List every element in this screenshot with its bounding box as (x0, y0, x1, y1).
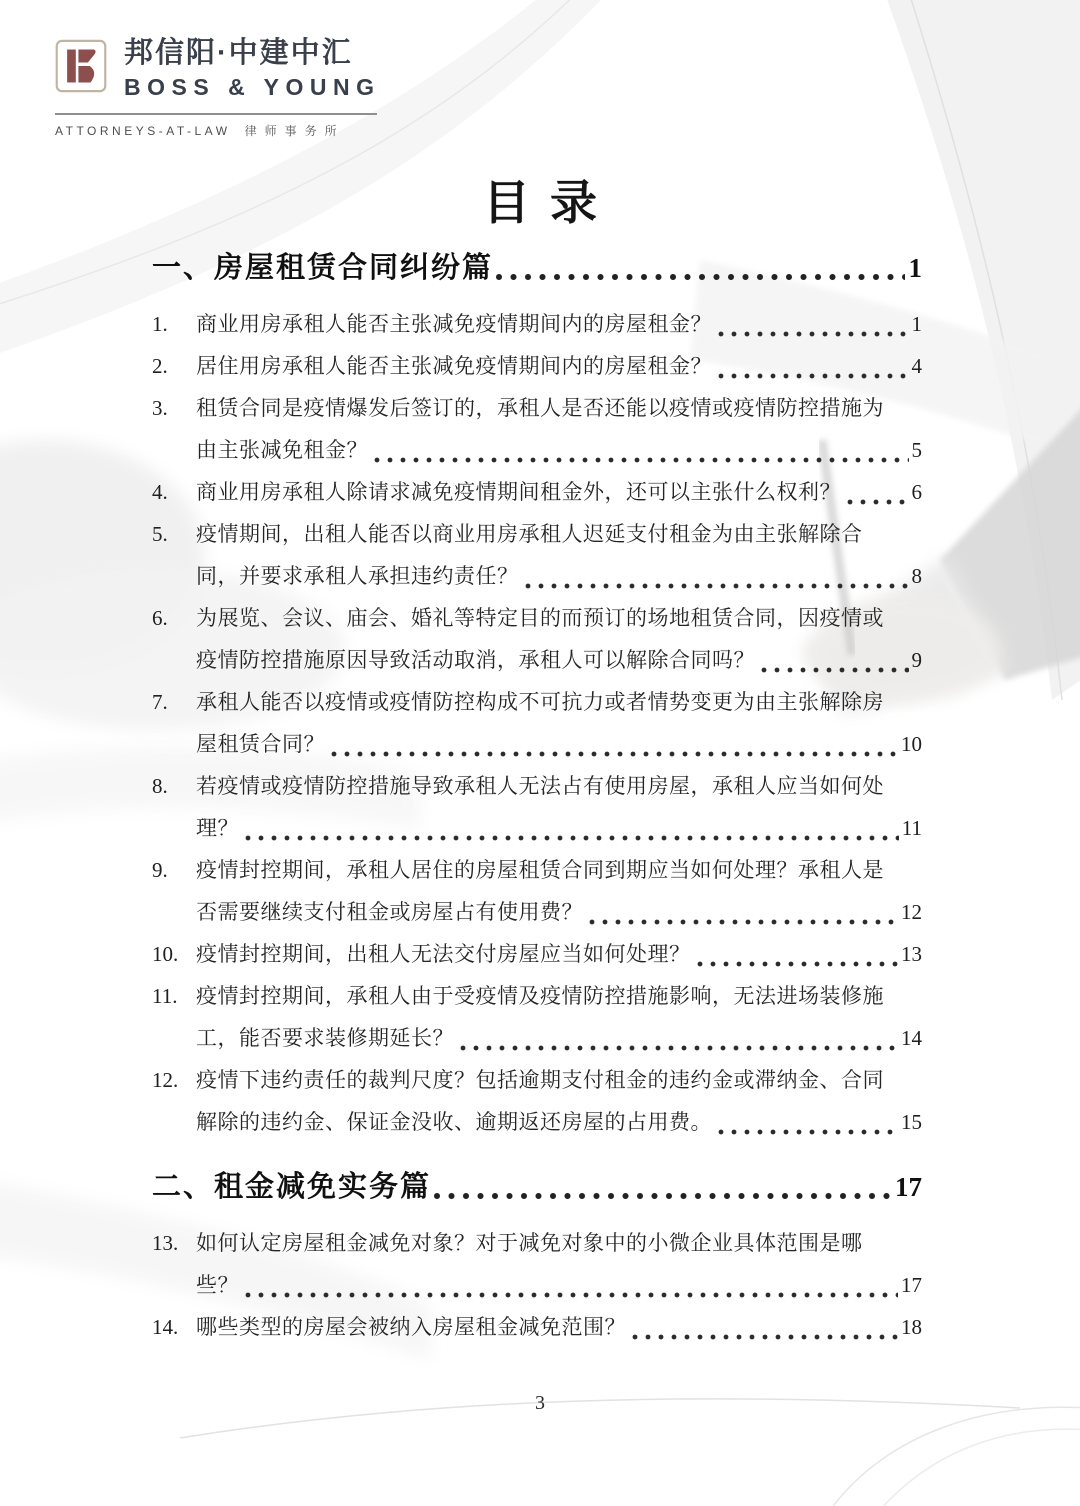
toc-entry-line: 些？17 (152, 1264, 922, 1306)
toc-entry-text: 否需要继续支付租金或房屋占有使用费？ (196, 891, 583, 933)
toc-entry-line: 1.商业用房承租人能否主张减免疫情期间内的房屋租金？1 (152, 303, 922, 345)
toc-entry-text: 承租人能否以疫情或疫情防控构成不可抗力或者情势变更为由主张解除房 (196, 681, 884, 723)
toc-entry-line: 11.疫情封控期间，承租人由于受疫情及疫情防控措施影响，无法进场装修施 (152, 975, 922, 1017)
toc-entry-page: 11 (902, 807, 922, 849)
toc-entry-line: 理？11 (152, 807, 922, 849)
logo-divider (55, 113, 377, 115)
logo-tagline-cn: 律师事务所 (245, 124, 345, 138)
toc-entry-number: 11. (152, 975, 196, 1017)
dot-leader (433, 1165, 891, 1209)
logo-mark-icon (55, 39, 107, 93)
toc-entry: 5.疫情期间，出租人能否以商业用房承租人迟延支付租金为由主张解除合同，并要求承租… (152, 513, 922, 597)
toc-entry-number: 8. (152, 765, 196, 807)
toc-entry-text: 理？ (196, 807, 239, 849)
toc-entry-text: 解除的违约金、保证金没收、逾期返还房屋的占用费。 (196, 1101, 712, 1143)
toc-entry-text: 商业用房承租人能否主张减免疫情期间内的房屋租金？ (196, 303, 712, 345)
toc-entry-page: 8 (912, 555, 923, 597)
toc-entry-line: 屋租赁合同？10 (152, 723, 922, 765)
page-footer: 3 (0, 1392, 1080, 1415)
toc-entry-page: 4 (912, 345, 923, 387)
toc-entry-number: 12. (152, 1059, 196, 1101)
section-page-number: 17 (895, 1165, 922, 1209)
toc-entry: 4.商业用房承租人除请求减免疫情期间租金外，还可以主张什么权利？6 (152, 471, 922, 513)
dot-leader (697, 933, 899, 975)
dot-leader (718, 303, 909, 345)
toc-entry-line: 10.疫情封控期间，出租人无法交付房屋应当如何处理？13 (152, 933, 922, 975)
dot-leader (495, 246, 904, 290)
logo-cn-name: 邦信阳·中建中汇 (124, 30, 381, 71)
toc-entry-line: 工，能否要求装修期延长？14 (152, 1017, 922, 1059)
toc-entry-text: 商业用房承租人除请求减免疫情期间租金外，还可以主张什么权利？ (196, 471, 841, 513)
section-heading-row: 二、租金减免实务篇17 (152, 1165, 922, 1209)
toc-entry: 12.疫情下违约责任的裁判尺度？包括逾期支付租金的违约金或滞纳金、合同解除的违约… (152, 1059, 922, 1143)
toc-entry-line: 2.居住用房承租人能否主张减免疫情期间内的房屋租金？4 (152, 345, 922, 387)
toc-entry-page: 15 (901, 1101, 922, 1143)
dot-leader (245, 1264, 898, 1306)
toc-entry-text: 疫情封控期间，出租人无法交付房屋应当如何处理？ (196, 933, 691, 975)
toc-entry-text: 为展览、会议、庙会、婚礼等特定目的而预订的场地租赁合同，因疫情或 (196, 597, 884, 639)
toc-entry-text: 些？ (196, 1264, 239, 1306)
dot-leader (525, 555, 909, 597)
toc-entry-page: 17 (901, 1264, 922, 1306)
toc-entry: 9.疫情封控期间，承租人居住的房屋租赁合同到期应当如何处理？承租人是否需要继续支… (152, 849, 922, 933)
toc-entry-number: 9. (152, 849, 196, 891)
section-page-number: 1 (909, 246, 923, 290)
toc-entry-text: 由主张减免租金？ (196, 429, 368, 471)
toc-entry-number: 14. (152, 1306, 196, 1348)
dot-leader (589, 891, 898, 933)
toc-entry: 3.租赁合同是疫情爆发后签订的，承租人是否还能以疫情或疫情防控措施为由主张减免租… (152, 387, 922, 471)
toc-entry-number: 13. (152, 1222, 196, 1264)
toc-list: 一、房屋租赁合同纠纷篇11.商业用房承租人能否主张减免疫情期间内的房屋租金？12… (152, 246, 922, 1348)
toc-entry-number: 10. (152, 933, 196, 975)
toc-entry-text: 哪些类型的房屋会被纳入房屋租金减免范围？ (196, 1306, 626, 1348)
toc-entry-page: 1 (912, 303, 923, 345)
logo-en-name: BOSS & YOUNG (124, 74, 381, 101)
dot-leader (718, 1101, 898, 1143)
toc-entry-page: 12 (901, 891, 922, 933)
toc-entry-line: 由主张减免租金？5 (152, 429, 922, 471)
logo-block: 邦信阳·中建中汇 BOSS & YOUNG ATTORNEYS-AT-LAW律师… (55, 30, 377, 139)
toc-entry-line: 解除的违约金、保证金没收、逾期返还房屋的占用费。15 (152, 1101, 922, 1143)
toc-entry-line: 6.为展览、会议、庙会、婚礼等特定目的而预订的场地租赁合同，因疫情或 (152, 597, 922, 639)
dot-leader (718, 345, 909, 387)
toc-entry-line: 4.商业用房承租人除请求减免疫情期间租金外，还可以主张什么权利？6 (152, 471, 922, 513)
page-number: 3 (535, 1392, 545, 1414)
toc-entry-line: 8.若疫情或疫情防控措施导致承租人无法占有使用房屋，承租人应当如何处 (152, 765, 922, 807)
document-page: 邦信阳·中建中汇 BOSS & YOUNG ATTORNEYS-AT-LAW律师… (0, 0, 1080, 1506)
toc-entry-text: 疫情封控期间，承租人由于受疫情及疫情防控措施影响，无法进场装修施 (196, 975, 884, 1017)
toc-entry: 2.居住用房承租人能否主张减免疫情期间内的房屋租金？4 (152, 345, 922, 387)
toc-section: 二、租金减免实务篇1713.如何认定房屋租金减免对象？对于减免对象中的小微企业具… (152, 1165, 922, 1348)
toc-entry: 7.承租人能否以疫情或疫情防控构成不可抗力或者情势变更为由主张解除房屋租赁合同？… (152, 681, 922, 765)
toc-entry: 8.若疫情或疫情防控措施导致承租人无法占有使用房屋，承租人应当如何处理？11 (152, 765, 922, 849)
toc-entry-number: 1. (152, 303, 196, 345)
toc-entry-text: 疫情防控措施原因导致活动取消，承租人可以解除合同吗？ (196, 639, 755, 681)
toc-entry-line: 12.疫情下违约责任的裁判尺度？包括逾期支付租金的违约金或滞纳金、合同 (152, 1059, 922, 1101)
dot-leader (632, 1306, 898, 1348)
toc-entry-page: 9 (912, 639, 923, 681)
dot-leader (331, 723, 898, 765)
dot-leader (761, 639, 909, 681)
toc-entry-line: 5.疫情期间，出租人能否以商业用房承租人迟延支付租金为由主张解除合 (152, 513, 922, 555)
toc-entry-line: 否需要继续支付租金或房屋占有使用费？12 (152, 891, 922, 933)
section-heading-label: 二、租金减免实务篇 (152, 1165, 431, 1209)
toc-entry-text: 租赁合同是疫情爆发后签订的，承租人是否还能以疫情或疫情防控措施为 (196, 387, 884, 429)
toc-entry-line: 13.如何认定房屋租金减免对象？对于减免对象中的小微企业具体范围是哪 (152, 1222, 922, 1264)
toc-entry: 14.哪些类型的房屋会被纳入房屋租金减免范围？18 (152, 1306, 922, 1348)
toc-entry: 11.疫情封控期间，承租人由于受疫情及疫情防控措施影响，无法进场装修施工，能否要… (152, 975, 922, 1059)
toc-entry-number: 2. (152, 345, 196, 387)
toc-entry-line: 同，并要求承租人承担违约责任？8 (152, 555, 922, 597)
toc-entry-line: 9.疫情封控期间，承租人居住的房屋租赁合同到期应当如何处理？承租人是 (152, 849, 922, 891)
dot-leader (847, 471, 909, 513)
toc-entry-line: 14.哪些类型的房屋会被纳入房屋租金减免范围？18 (152, 1306, 922, 1348)
toc-entry: 13.如何认定房屋租金减免对象？对于减免对象中的小微企业具体范围是哪些？17 (152, 1222, 922, 1306)
toc-entry-number: 7. (152, 681, 196, 723)
toc-entry-text: 居住用房承租人能否主张减免疫情期间内的房屋租金？ (196, 345, 712, 387)
toc-entry-text: 疫情期间，出租人能否以商业用房承租人迟延支付租金为由主张解除合 (196, 513, 863, 555)
toc-entry-text: 若疫情或疫情防控措施导致承租人无法占有使用房屋，承租人应当如何处 (196, 765, 884, 807)
toc-entry-text: 工，能否要求装修期延长？ (196, 1017, 454, 1059)
toc-section: 一、房屋租赁合同纠纷篇11.商业用房承租人能否主张减免疫情期间内的房屋租金？12… (152, 246, 922, 1143)
section-heading-row: 一、房屋租赁合同纠纷篇1 (152, 246, 922, 290)
logo-tagline: ATTORNEYS-AT-LAW律师事务所 (55, 122, 377, 139)
toc-entry-line: 7.承租人能否以疫情或疫情防控构成不可抗力或者情势变更为由主张解除房 (152, 681, 922, 723)
toc-entry-page: 10 (901, 723, 922, 765)
toc-entry-line: 3.租赁合同是疫情爆发后签订的，承租人是否还能以疫情或疫情防控措施为 (152, 387, 922, 429)
toc-entry-page: 6 (912, 471, 923, 513)
toc-entry-page: 5 (912, 429, 923, 471)
toc-entry-text: 如何认定房屋租金减免对象？对于减免对象中的小微企业具体范围是哪 (196, 1222, 863, 1264)
dot-leader (460, 1017, 898, 1059)
toc-entry-page: 14 (901, 1017, 922, 1059)
toc-entry-page: 18 (901, 1306, 922, 1348)
toc-title: 目录 (0, 166, 1080, 233)
toc-entry-page: 13 (901, 933, 922, 975)
toc-entry-number: 4. (152, 471, 196, 513)
toc-entry-number: 6. (152, 597, 196, 639)
logo-tagline-en: ATTORNEYS-AT-LAW (55, 124, 231, 138)
toc-entry-text: 同，并要求承租人承担违约责任？ (196, 555, 519, 597)
section-heading-label: 一、房屋租赁合同纠纷篇 (152, 246, 493, 290)
toc-entry: 6.为展览、会议、庙会、婚礼等特定目的而预订的场地租赁合同，因疫情或疫情防控措施… (152, 597, 922, 681)
dot-leader (245, 807, 899, 849)
toc-entry-line: 疫情防控措施原因导致活动取消，承租人可以解除合同吗？9 (152, 639, 922, 681)
toc-entry: 10.疫情封控期间，出租人无法交付房屋应当如何处理？13 (152, 933, 922, 975)
toc-entry-text: 疫情封控期间，承租人居住的房屋租赁合同到期应当如何处理？承租人是 (196, 849, 884, 891)
toc-entry: 1.商业用房承租人能否主张减免疫情期间内的房屋租金？1 (152, 303, 922, 345)
toc-entry-text: 屋租赁合同？ (196, 723, 325, 765)
toc-entry-text: 疫情下违约责任的裁判尺度？包括逾期支付租金的违约金或滞纳金、合同 (196, 1059, 884, 1101)
toc-entry-number: 5. (152, 513, 196, 555)
toc-entry-number: 3. (152, 387, 196, 429)
dot-leader (374, 429, 909, 471)
